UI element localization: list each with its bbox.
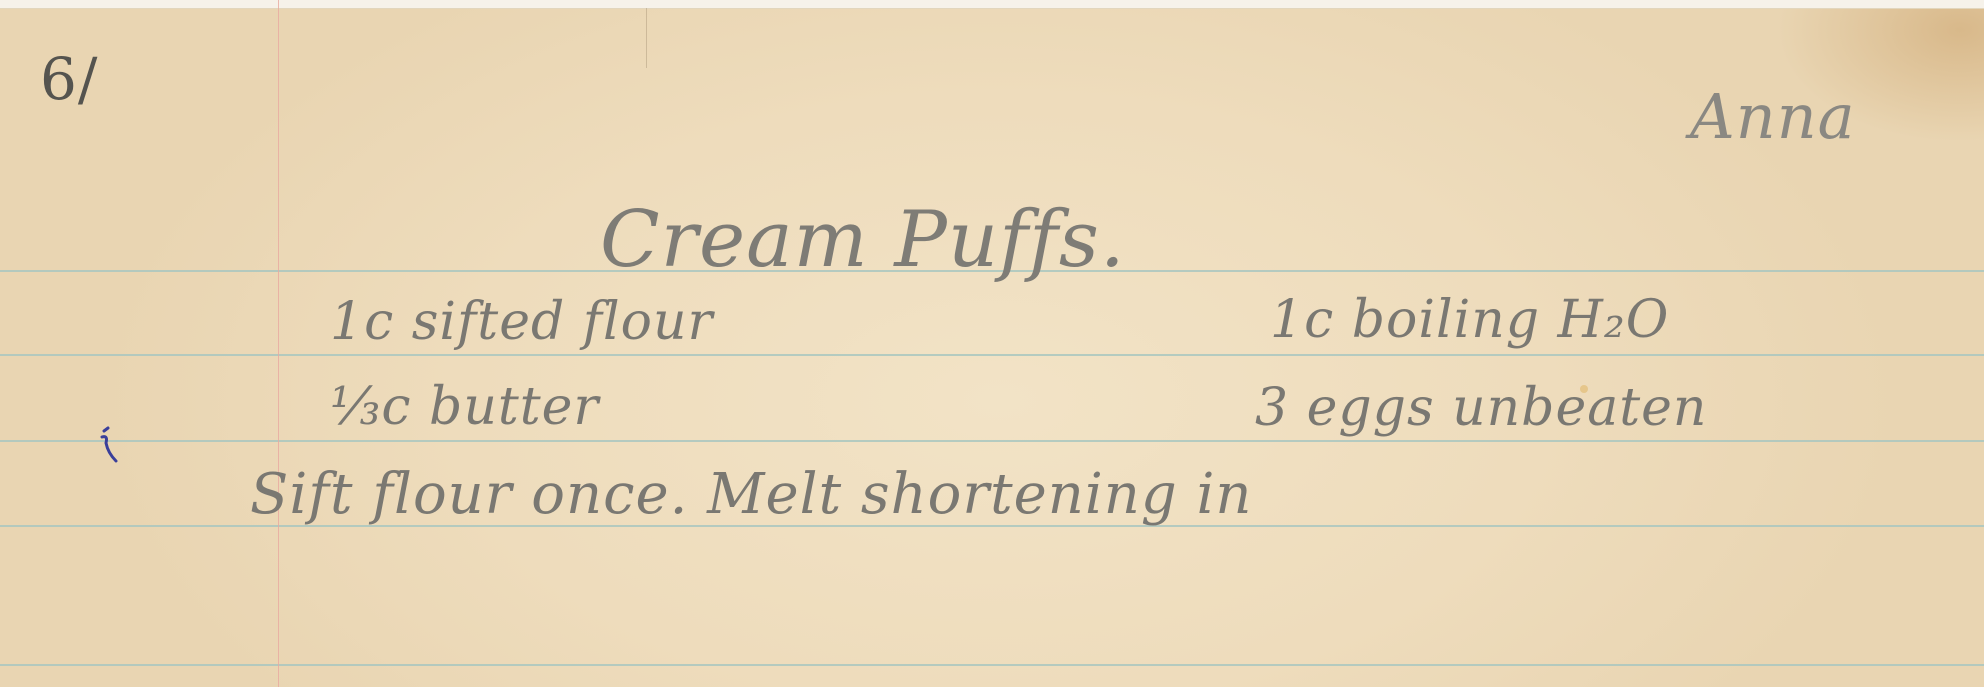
recipe-title: Cream Puffs.	[600, 195, 1126, 285]
ruled-line	[0, 354, 1984, 356]
ruled-line	[0, 664, 1984, 666]
paper-crease	[646, 8, 647, 68]
ingredient-butter: ⅓c butter	[330, 377, 599, 437]
paper-top-edge	[0, 0, 1984, 9]
page-number: 6/	[40, 45, 98, 113]
ingredient-flour: 1c sifted flour	[330, 292, 713, 352]
author-name: Anna	[1690, 80, 1856, 153]
ingredient-water: 1c boiling H₂O	[1270, 290, 1669, 350]
ruled-line	[0, 440, 1984, 442]
instruction-line: Sift flour once. Melt shortening in	[250, 462, 1252, 527]
margin-line	[278, 0, 279, 687]
recipe-card: 6/ Anna Cream Puffs. 1c sifted flour 1c …	[0, 0, 1984, 687]
check-mark-icon	[98, 425, 120, 465]
ingredient-eggs: 3 eggs unbeaten	[1255, 378, 1707, 438]
paper-stain	[1580, 385, 1588, 393]
